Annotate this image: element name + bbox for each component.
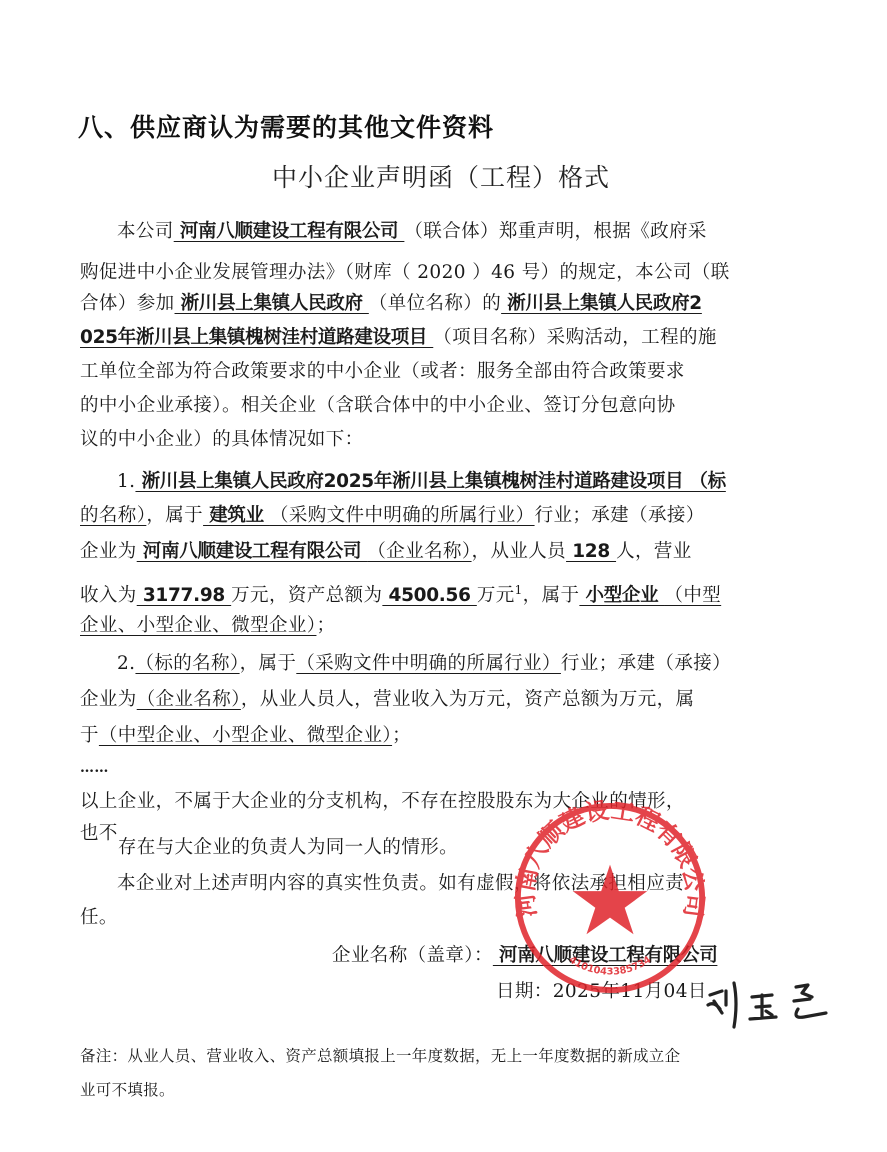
item1-size-field: 小型企业 [579, 585, 664, 606]
date-value: 2025年11月04日 [553, 981, 707, 1002]
item2-size-hint: （中型企业、小型企业、微型企业） [99, 725, 392, 746]
item2-subject-hint: （标的名称） [135, 653, 239, 674]
para1-line3: 合体）参加 淅川县上集镇人民政府 （单位名称）的 淅川县上集镇人民政府2 [80, 288, 810, 320]
item1-size-hint: （中型 [664, 585, 721, 606]
item1-size-hint-cont: 企业、小型企业、微型企业） [80, 615, 316, 636]
para1-line6: 的中小企业承接）。相关企业（含联合体中的中小企业、签订分包意向协 [80, 390, 810, 422]
footnote-marker: 1 [515, 583, 523, 597]
text: （联合体）郑重声明，根据《政府采 [404, 221, 706, 242]
company-seal-value: 河南八顺建设工程有限公司 [493, 945, 718, 966]
text: 存在与大企业的负责人为同一人的情形。 [118, 837, 458, 858]
text: 企业为 [80, 541, 137, 562]
text: 合体）参加 [80, 293, 175, 314]
item1-line3: 企业为 河南八顺建设工程有限公司 （企业名称），从业人员 128 人，营业 [80, 536, 810, 568]
item-number: 2. [117, 653, 135, 674]
text: 万元，资产总额为 [231, 585, 382, 606]
item1-industry-hint: （采购文件中明确的所属行业） [270, 505, 535, 526]
text: 也不 [80, 823, 118, 844]
para3-line2: 任。 [80, 902, 810, 934]
ellipsis: …… [80, 752, 810, 784]
text: 企业为 [80, 689, 137, 710]
text: ，属于 [240, 653, 297, 674]
text: （单位名称）的 [369, 293, 501, 314]
para1-line5: 工单位全部为符合政策要求的中小企业（或者：服务全部由符合政策要求 [80, 356, 810, 388]
item1-enterprise-field: 河南八顺建设工程有限公司 [137, 541, 368, 562]
text: 行业；承建（承接） [535, 505, 705, 526]
item2-line2: 企业为（企业名称），从业人员人，营业收入为万元，资产总额为万元，属 [80, 684, 810, 716]
text: 于 [80, 725, 99, 746]
item2-enterprise-hint: （企业名称） [137, 689, 241, 710]
item1-employees-field: 128 [566, 541, 616, 562]
para3-line1: 本企业对上述声明内容的真实性负责。如有虚假，将依法承担相应责 [80, 868, 847, 900]
item1-line1: 1. 淅川县上集镇人民政府2025年淅川县上集镇槐树洼村道路建设项目 （标 [80, 466, 847, 498]
text: ； [316, 615, 335, 636]
company-seal-label: 企业名称（盖章）： [332, 945, 493, 966]
text: 万元 [477, 585, 515, 606]
unit-name-field: 淅川县上集镇人民政府 [175, 293, 369, 314]
document-title: 中小企业声明函（工程）格式 [272, 158, 610, 194]
handwritten-signature-icon [700, 975, 835, 1035]
item1-industry-field: 建筑业 [203, 505, 270, 526]
item1-assets-field: 4500.56 [382, 585, 476, 606]
item1-subject-hint: 的名称） [80, 505, 146, 526]
item2-industry-hint: （采购文件中明确的所属行业） [296, 653, 561, 674]
item1-line4: 收入为 3177.98 万元，资产总额为 4500.56 万元1，属于 小型企业… [80, 574, 810, 612]
text: ，属于 [523, 585, 580, 606]
remark-line1: 备注：从业人员、营业收入、资产总额填报上一年度数据，无上一年度数据的新成立企 [80, 1040, 810, 1072]
project-name-field: 淅川县上集镇人民政府2 [501, 293, 702, 314]
remark-line2: 业可不填报。 [80, 1074, 810, 1106]
project-name-field-cont: 025年淅川县上集镇槐树洼村道路建设项目 [80, 327, 433, 348]
company-name-field: 河南八顺建设工程有限公司 [174, 221, 405, 242]
item1-subject-field: 淅川县上集镇人民政府2025年淅川县上集镇槐树洼村道路建设项目 （标 [135, 471, 725, 492]
item2-line3: 于（中型企业、小型企业、微型企业）； [80, 720, 810, 752]
text: ； [392, 725, 411, 746]
text: （项目名称）采购活动，工程的施 [433, 327, 717, 348]
para1-line4: 025年淅川县上集镇槐树洼村道路建设项目 （项目名称）采购活动，工程的施 [80, 322, 810, 354]
item-number: 1. [117, 471, 135, 492]
para2-line2: 也不存在与大企业的负责人为同一人的情形。 [80, 818, 810, 850]
text: ，从业人员 [472, 541, 567, 562]
text: ，属于 [146, 505, 203, 526]
date-label: 日期： [496, 981, 553, 1002]
text: ，从业人员人，营业收入为万元，资产总额为万元，属 [241, 689, 695, 710]
text: 人，营业 [616, 541, 692, 562]
item1-revenue-field: 3177.98 [137, 585, 231, 606]
item1-line5: 企业、小型企业、微型企业）； [80, 610, 810, 642]
item1-enterprise-hint: （企业名称） [367, 541, 471, 562]
para1-line7: 议的中小企业）的具体情况如下： [80, 424, 810, 456]
section-title: 八、供应商认为需要的其他文件资料 [78, 108, 494, 144]
text: 收入为 [80, 585, 137, 606]
para1-line1: 本公司 河南八顺建设工程有限公司 （联合体）郑重声明，根据《政府采 [80, 216, 847, 248]
item1-line2: 的名称），属于 建筑业 （采购文件中明确的所属行业）行业；承建（承接） [80, 500, 810, 532]
date-row: 日期：2025年11月04日 [496, 976, 716, 1008]
text: 本公司 [117, 221, 174, 242]
para2-line1: 以上企业，不属于大企业的分支机构，不存在控股股东为大企业的情形， [80, 786, 810, 818]
signature-name-row: 企业名称（盖章）： 河南八顺建设工程有限公司 [332, 940, 812, 972]
item2-line1: 2.（标的名称），属于（采购文件中明确的所属行业）行业；承建（承接） [80, 648, 847, 680]
para1-line2: 购促进中小企业发展管理办法》（财库（ 2020 ）46 号）的规定，本公司（联 [80, 257, 810, 289]
text: 行业；承建（承接） [561, 653, 731, 674]
